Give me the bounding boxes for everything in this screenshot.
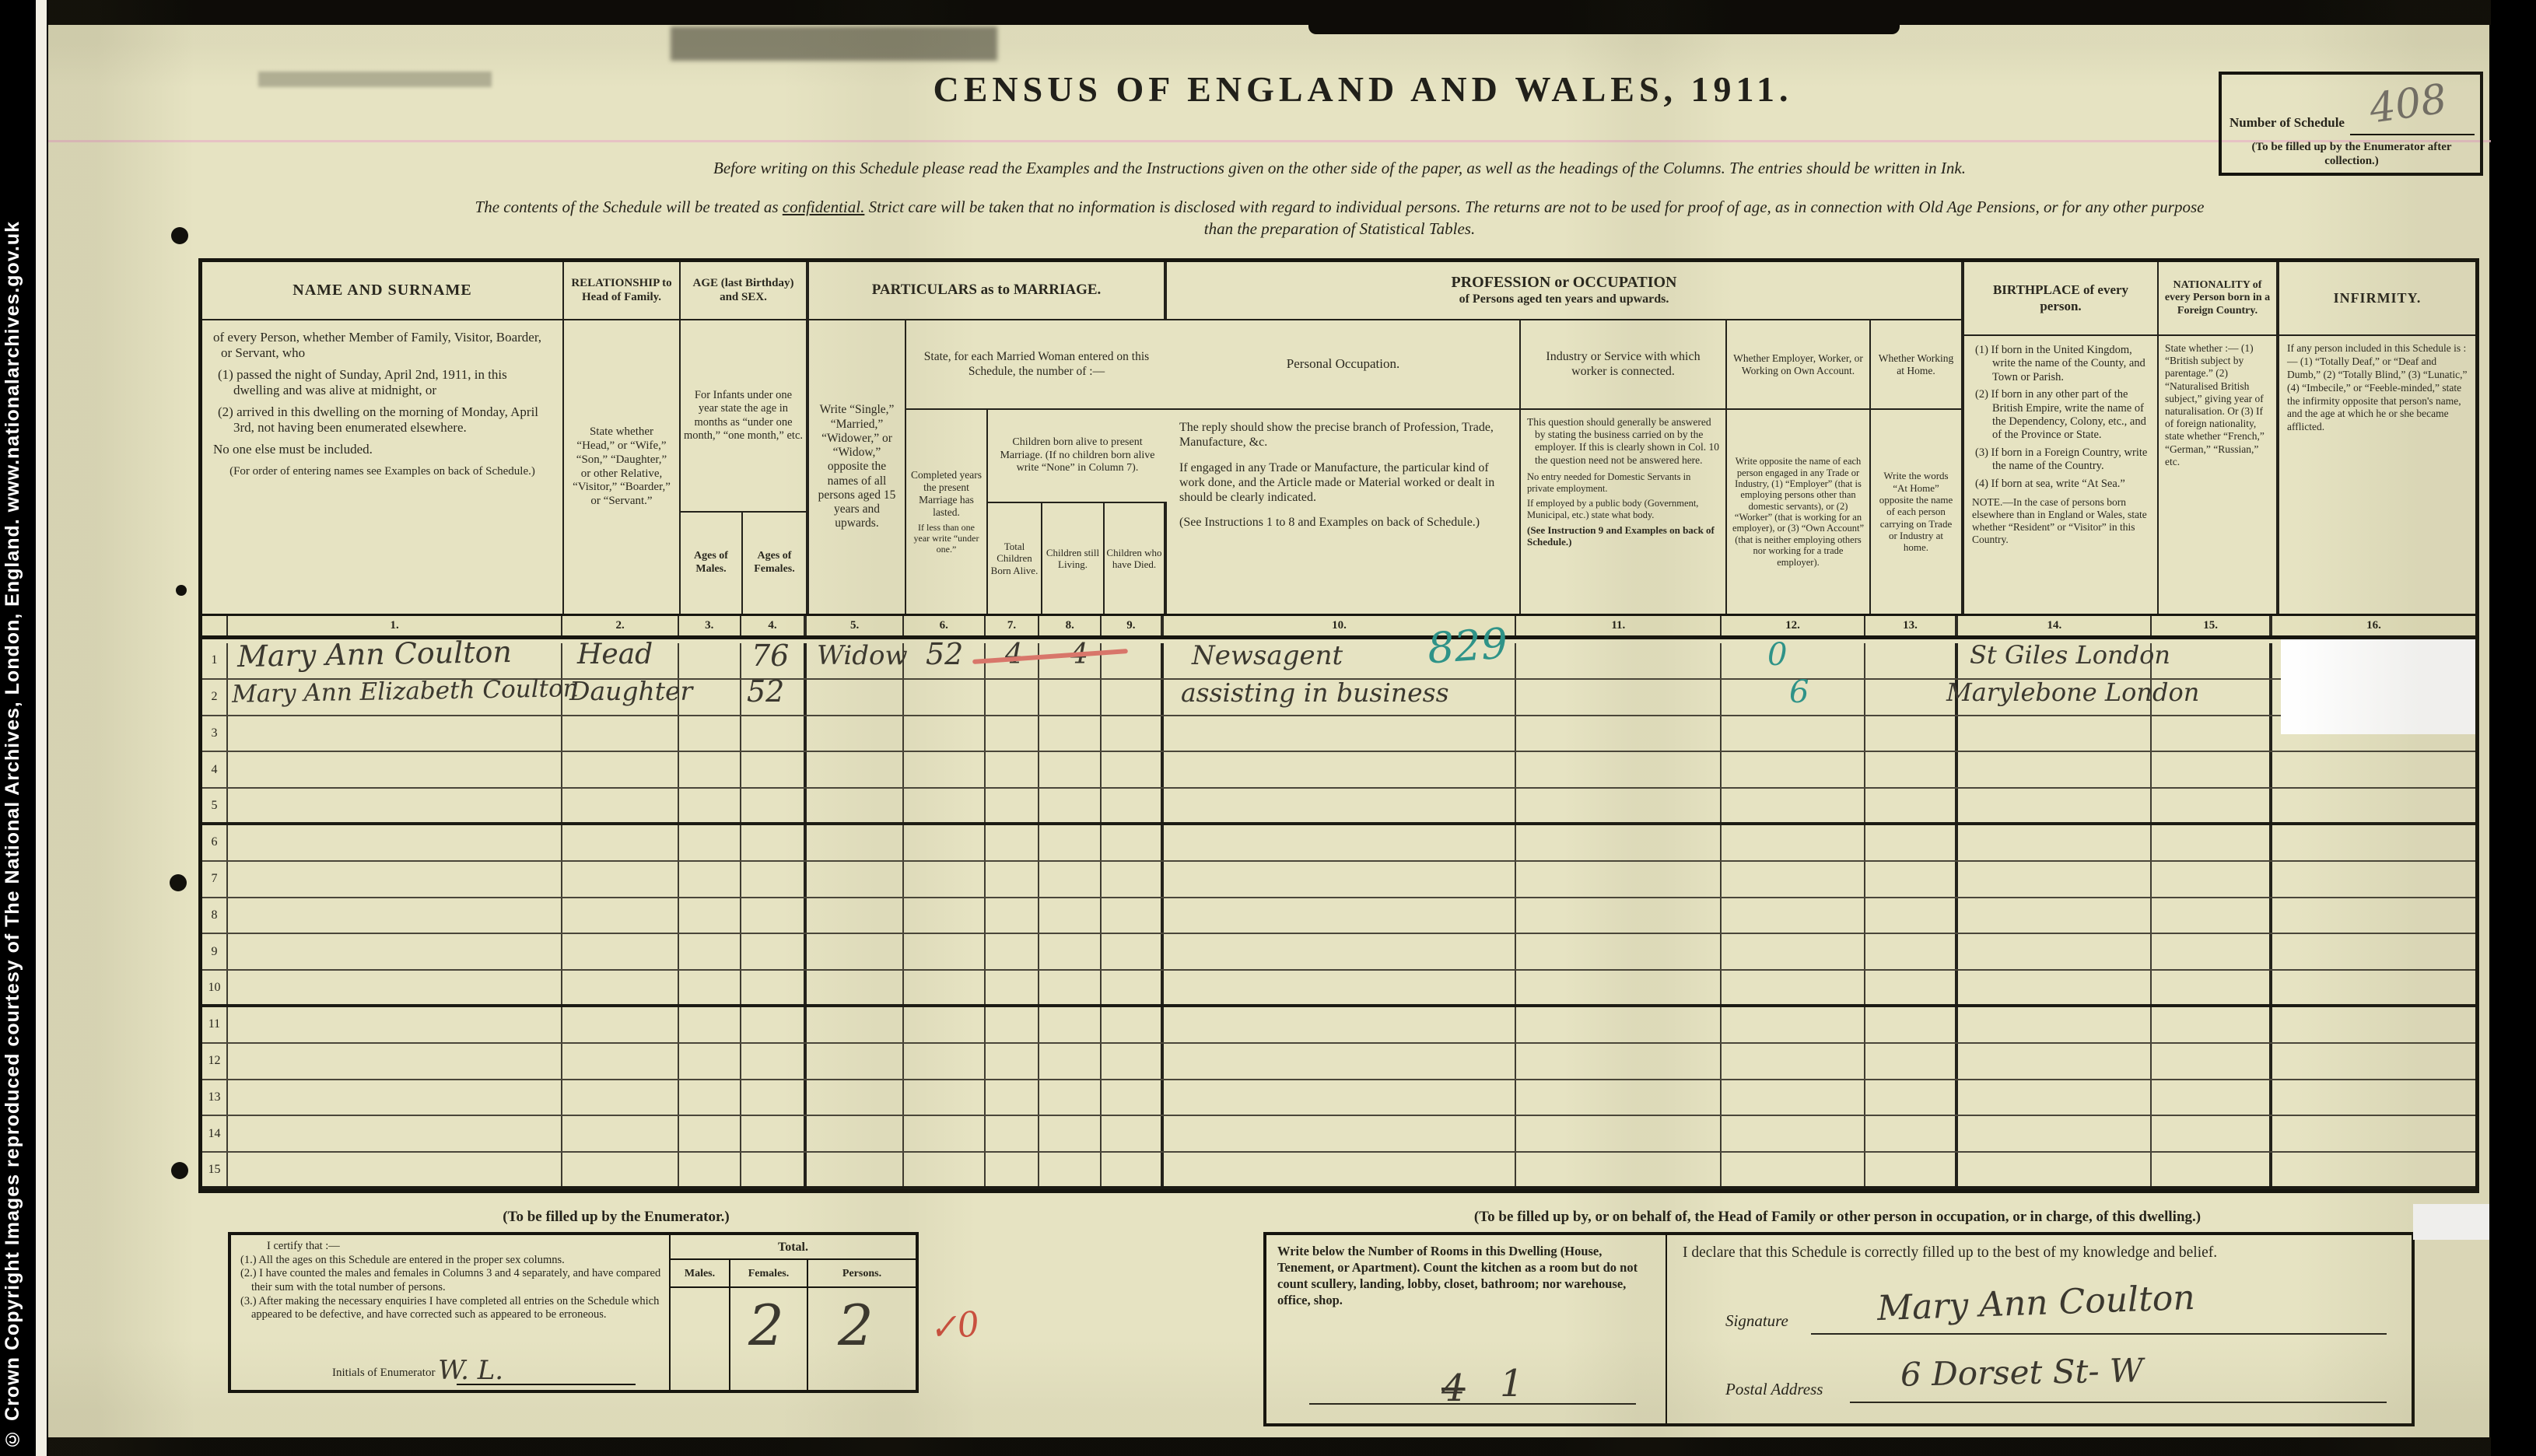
table-cell — [1516, 752, 1722, 787]
table-cell — [986, 898, 1040, 933]
table-cell — [679, 862, 741, 897]
table-cell — [562, 934, 678, 969]
name-desc-p4: No one else must be included. — [213, 442, 552, 457]
table-cell — [807, 825, 904, 860]
table-cell — [1722, 1116, 1865, 1151]
schedule-number-line — [2350, 134, 2475, 135]
white-gutter — [36, 0, 47, 1456]
table-cell — [2272, 1007, 2475, 1042]
table-cell — [1865, 1153, 1959, 1186]
redaction-patch — [2281, 639, 2475, 734]
table-cell — [1102, 1080, 1164, 1115]
table-cell — [807, 1153, 904, 1186]
table-cell — [2152, 971, 2272, 1004]
table-cell — [1039, 1007, 1102, 1042]
table-cell — [228, 971, 563, 1004]
table-cell — [1164, 971, 1516, 1004]
table-cell — [1516, 971, 1722, 1004]
table-cell — [228, 680, 563, 715]
column-number: 15. — [2152, 616, 2272, 635]
col-employer-head-text: Whether Employer, Worker, or Working on … — [1733, 352, 1863, 377]
table-cell — [1722, 862, 1865, 897]
torn-top-edge-2 — [1308, 22, 1900, 34]
table-cell — [1039, 643, 1102, 678]
rooms-underline — [1309, 1403, 1636, 1405]
table-cell — [1516, 680, 1722, 715]
table-cell — [1039, 825, 1102, 860]
row-number-cell: 6 — [202, 825, 228, 860]
table-cell — [679, 1007, 741, 1042]
col-industry-desc: This question should generally be answer… — [1521, 410, 1727, 614]
table-cell — [1865, 1080, 1959, 1115]
col-age-males: Ages of Males. — [681, 511, 743, 614]
col-age-desc: For Infants under one year state the age… — [681, 320, 809, 511]
occupation-desc-p1: The reply should show the precise branch… — [1179, 421, 1507, 450]
table-cell — [1102, 1116, 1164, 1151]
table-cell — [1958, 789, 2152, 822]
table-cell — [807, 752, 904, 787]
column-number: 5. — [807, 616, 904, 635]
table-cell — [1958, 643, 2152, 678]
name-desc-p2: (1) passed the night of Sunday, April 2n… — [213, 367, 552, 398]
row-number-cell: 10 — [202, 971, 228, 1004]
signature-label: Signature — [1725, 1311, 1788, 1331]
table-cell — [807, 862, 904, 897]
initials-row: Initials of Enumerator W. L. — [332, 1352, 503, 1384]
table-cell — [1102, 825, 1164, 860]
ink-smudge-2 — [258, 72, 492, 87]
col-children-died: Children who have Died. — [1105, 503, 1167, 614]
table-cell — [1865, 680, 1959, 715]
table-row: 12 — [202, 1044, 2475, 1080]
table-row: 5 — [202, 789, 2475, 825]
col-infirmity-desc: If any person included in this Schedule … — [2279, 336, 2475, 614]
table-cell — [807, 716, 904, 751]
persons-label: Persons. — [808, 1260, 916, 1288]
table-cell — [986, 934, 1040, 969]
table-cell — [679, 1044, 741, 1079]
schedule-number-label: Number of Schedule — [2230, 115, 2345, 131]
table-cell — [1958, 934, 2152, 969]
confidential-tail: than the preparation of Statistical Tabl… — [1204, 219, 1475, 238]
birthplace-i3: (3) If born in a Foreign Country, write … — [1972, 446, 2149, 474]
row-number-cell: 15 — [202, 1153, 228, 1186]
group-marriage-title: PARTICULARS as to MARRIAGE. — [809, 262, 1167, 320]
table-cell — [1722, 752, 1865, 787]
table-cell — [1039, 716, 1102, 751]
table-cell — [228, 1007, 563, 1042]
row-number-cell: 5 — [202, 789, 228, 822]
column-number: 1. — [228, 616, 563, 635]
table-cell — [1102, 680, 1164, 715]
col-name-title-text: NAME AND SURNAME — [292, 282, 471, 300]
table-cell — [741, 643, 807, 678]
table-cell — [2272, 862, 2475, 897]
table-cell — [228, 789, 563, 822]
table-cell — [904, 1007, 986, 1042]
table-row: 2 — [202, 680, 2475, 716]
table-cell — [562, 1153, 678, 1186]
col-age-title: AGE (last Birthday) and SEX. — [681, 262, 809, 320]
rooms-value: 1 — [1500, 1360, 1524, 1408]
table-cell — [1039, 1116, 1102, 1151]
cert-1: (1.) All the ages on this Schedule are e… — [239, 1254, 661, 1268]
table-cell — [1865, 789, 1959, 822]
table-cell — [228, 825, 563, 860]
table-cell — [986, 971, 1040, 1004]
heading-white-patch — [2413, 1204, 2489, 1240]
table-row: 6 — [202, 825, 2475, 862]
col-relationship-title-text: RELATIONSHIP to Head of Family. — [569, 277, 674, 304]
table-cell — [228, 643, 563, 678]
confidential-post: Strict care will be taken that no inform… — [864, 198, 2204, 216]
table-cell — [679, 825, 741, 860]
table-cell — [904, 1080, 986, 1115]
col-relationship-desc: State whether “Head,” or “Wife,” “Son,” … — [564, 320, 681, 614]
table-cell — [741, 898, 807, 933]
col-relationship-desc-text: State whether “Head,” or “Wife,” “Son,” … — [570, 425, 673, 508]
row-number-cell: 8 — [202, 898, 228, 933]
table-cell — [986, 1080, 1040, 1115]
row-number-cell: 11 — [202, 1007, 228, 1042]
col-relationship-title: RELATIONSHIP to Head of Family. — [564, 262, 681, 320]
table-cell — [562, 1007, 678, 1042]
table-cell — [2272, 1044, 2475, 1079]
table-cell — [986, 680, 1040, 715]
children-head-text: Children born alive to present Marriage.… — [994, 436, 1161, 475]
row-number-cell: 4 — [202, 752, 228, 787]
table-cell — [1102, 898, 1164, 933]
table-cell — [741, 862, 807, 897]
table-cell — [1865, 825, 1959, 860]
confidential-pre: The contents of the Schedule will be tre… — [475, 198, 783, 216]
table-cell — [679, 643, 741, 678]
column-number: 9. — [1102, 616, 1164, 635]
industry-desc-p4: (See Instruction 9 and Examples on back … — [1527, 524, 1719, 548]
table-cell — [1958, 1080, 2152, 1115]
table-cell — [1102, 789, 1164, 822]
table-cell — [679, 1153, 741, 1186]
col-athome-desc-text: Write the words “At Home” opposite the n… — [1877, 470, 1955, 553]
table-cell — [1516, 825, 1722, 860]
table-cell — [1865, 1116, 1959, 1151]
table-cell — [2272, 789, 2475, 822]
table-cell — [1164, 1116, 1516, 1151]
table-cell — [228, 1116, 563, 1151]
col-children-living: Children still Living. — [1042, 503, 1105, 614]
table-cell — [1865, 862, 1959, 897]
signature-underline — [1811, 1333, 2387, 1335]
table-cell — [807, 1044, 904, 1079]
table-cell — [1516, 643, 1722, 678]
rooms-crossed-value: 4 — [1441, 1365, 1466, 1412]
table-cell — [904, 716, 986, 751]
column-number: 8. — [1039, 616, 1102, 635]
married-woman-head-text: State, for each Married Woman entered on… — [914, 350, 1159, 379]
ink-smudge — [671, 26, 997, 61]
punch-hole — [171, 1162, 188, 1179]
column-number: 14. — [1958, 616, 2152, 635]
col-children-living-text: Children still Living. — [1044, 547, 1102, 571]
table-cell — [1865, 643, 1959, 678]
col-employer-head: Whether Employer, Worker, or Working on … — [1727, 320, 1871, 410]
table-cell — [2152, 789, 2272, 822]
table-cell — [1865, 716, 1959, 751]
occupation-desc-p2: If engaged in any Trade or Manufacture, … — [1179, 461, 1507, 506]
cert-3: (3.) After making the necessary enquirie… — [239, 1295, 661, 1322]
col-age-females-text: Ages of Females. — [743, 550, 806, 576]
table-cell — [1102, 643, 1164, 678]
table-cell — [904, 898, 986, 933]
table-cell — [679, 1116, 741, 1151]
table-cell — [741, 1116, 807, 1151]
table-body: 123456789101112131415 — [202, 643, 2475, 1189]
table-cell — [807, 1116, 904, 1151]
table-cell — [562, 789, 678, 822]
table-cell — [562, 971, 678, 1004]
table-cell — [741, 1044, 807, 1079]
table-cell — [1958, 1007, 2152, 1042]
females-total: 2 — [748, 1293, 784, 1358]
table-cell — [807, 898, 904, 933]
table-cell — [1958, 825, 2152, 860]
census-table: NAME AND SURNAME RELATIONSHIP to Head of… — [198, 258, 2479, 1193]
table-cell — [741, 971, 807, 1004]
birthplace-i4: (4) If born at sea, write “At Sea.” — [1972, 478, 2149, 491]
table-cell — [1039, 789, 1102, 822]
enumerator-check-mark: ✓0 — [927, 1304, 982, 1349]
table-cell — [2152, 898, 2272, 933]
totals-divider-2 — [807, 1288, 808, 1390]
address-label: Postal Address — [1725, 1380, 1823, 1399]
col-birthplace-title: BIRTHPLACE of every person. — [1964, 262, 2159, 336]
column-number: 11. — [1516, 616, 1722, 635]
table-cell — [1516, 1080, 1722, 1115]
table-cell — [1164, 1007, 1516, 1042]
table-cell — [2152, 1080, 2272, 1115]
column-number: 3. — [679, 616, 741, 635]
copyright-text: © Crown Copyright Images reproduced cour… — [2, 221, 24, 1450]
table-cell — [2152, 716, 2272, 751]
col-birthplace-desc: (1) If born in the United Kingdom, write… — [1964, 336, 2159, 614]
row-number-cell: 3 — [202, 716, 228, 751]
table-cell — [904, 789, 986, 822]
table-cell — [904, 971, 986, 1004]
table-cell — [228, 716, 563, 751]
enumerator-heading: (To be filled up by the Enumerator.) — [344, 1209, 888, 1226]
table-cell — [904, 862, 986, 897]
table-cell — [679, 1080, 741, 1115]
table-cell — [2152, 825, 2272, 860]
table-cell — [986, 1153, 1040, 1186]
table-cell — [986, 752, 1040, 787]
table-cell — [741, 1153, 807, 1186]
birthplace-note: NOTE.—In the case of persons born elsewh… — [1972, 496, 2149, 547]
table-cell — [1164, 934, 1516, 969]
name-desc-p1: of every Person, whether Member of Famil… — [213, 330, 552, 361]
table-cell — [2152, 1116, 2272, 1151]
table-cell — [679, 680, 741, 715]
table-cell — [1039, 1044, 1102, 1079]
table-cell — [2152, 752, 2272, 787]
table-cell — [1516, 716, 1722, 751]
name-desc-p5: (For order of entering names see Example… — [213, 465, 552, 479]
table-cell — [807, 971, 904, 1004]
occupation-desc-p3: (See Instructions 1 to 8 and Examples on… — [1179, 516, 1507, 530]
initials-value: W. L. — [438, 1355, 503, 1386]
col-age-females: Ages of Females. — [743, 511, 809, 614]
punch-hole — [176, 585, 187, 596]
column-number: 10. — [1164, 616, 1516, 635]
table-cell — [741, 934, 807, 969]
schedule-note: (To be filled up by the Enumerator after… — [2226, 140, 2477, 168]
householder-heading: (To be filled up by, or on behalf of, th… — [1262, 1209, 2413, 1226]
table-cell — [1039, 680, 1102, 715]
table-cell — [228, 1080, 563, 1115]
married-woman-head: State, for each Married Woman entered on… — [906, 320, 1167, 410]
col-name-desc: of every Person, whether Member of Famil… — [202, 320, 564, 614]
table-cell — [228, 934, 563, 969]
table-cell — [807, 789, 904, 822]
table-cell — [1102, 752, 1164, 787]
table-row: 3 — [202, 716, 2475, 753]
cert-intro: I certify that :— — [239, 1240, 661, 1254]
table-cell — [1865, 752, 1959, 787]
table-cell — [1039, 752, 1102, 787]
table-cell — [741, 789, 807, 822]
table-cell — [741, 825, 807, 860]
table-cell — [228, 1044, 563, 1079]
table-cell — [1516, 789, 1722, 822]
address-underline — [1850, 1402, 2387, 1403]
column-number: 13. — [1865, 616, 1959, 635]
census-form-paper: CENSUS OF ENGLAND AND WALES, 1911. Befor… — [48, 0, 2491, 1456]
table-cell — [741, 1007, 807, 1042]
col-children-died-text: Children who have Died. — [1106, 547, 1162, 571]
table-cell — [1164, 789, 1516, 822]
totals-divider-1 — [729, 1288, 730, 1390]
table-row: 11 — [202, 1007, 2475, 1044]
col-occupation-head: Personal Occupation. — [1167, 320, 1521, 410]
table-cell — [228, 752, 563, 787]
table-cell — [1102, 1153, 1164, 1186]
table-cell — [562, 825, 678, 860]
col-age-males-text: Ages of Males. — [681, 550, 741, 576]
table-cell — [562, 643, 678, 678]
col-industry-head: Industry or Service with which worker is… — [1521, 320, 1727, 410]
table-cell — [807, 643, 904, 678]
table-cell — [1722, 716, 1865, 751]
col-industry-head-text: Industry or Service with which worker is… — [1530, 350, 1716, 380]
table-cell — [1958, 898, 2152, 933]
table-cell — [1722, 680, 1865, 715]
page-title: CENSUS OF ENGLAND AND WALES, 1911. — [702, 68, 2024, 110]
col-athome-desc: Write the words “At Home” opposite the n… — [1871, 410, 1964, 614]
table-cell — [1164, 1044, 1516, 1079]
table-cell — [807, 934, 904, 969]
col-age-title-text: AGE (last Birthday) and SEX. — [685, 277, 801, 304]
table-cell — [2272, 825, 2475, 860]
table-cell — [1039, 971, 1102, 1004]
table-cell — [1102, 716, 1164, 751]
table-cell — [228, 862, 563, 897]
table-cell — [904, 752, 986, 787]
table-cell — [1722, 825, 1865, 860]
table-cell — [1102, 862, 1164, 897]
table-cell — [1516, 898, 1722, 933]
table-cell — [1865, 1007, 1959, 1042]
col-nationality-title-text: NATIONALITY of every Person born in a Fo… — [2162, 279, 2273, 318]
cert-2: (2.) I have counted the males and female… — [239, 1267, 661, 1294]
table-cell — [1722, 934, 1865, 969]
table-cell — [1164, 898, 1516, 933]
table-cell — [1958, 862, 2152, 897]
table-cell — [679, 971, 741, 1004]
table-cell — [2272, 1080, 2475, 1115]
table-cell — [2272, 752, 2475, 787]
table-cell — [1039, 1153, 1102, 1186]
col-nationality-title: NATIONALITY of every Person born in a Fo… — [2159, 262, 2279, 336]
rooms-cell: Write below the Number of Rooms in this … — [1266, 1235, 1667, 1423]
group-profession-line2: of Persons aged ten years and upwards. — [1459, 292, 1669, 307]
table-cell — [2152, 1007, 2272, 1042]
confidential-paragraph: The contents of the Schedule will be tre… — [219, 196, 2460, 240]
table-cell — [1164, 680, 1516, 715]
industry-desc-p2: No entry needed for Domestic Servants in… — [1527, 471, 1719, 495]
table-cell — [986, 643, 1040, 678]
col-infirmity-desc-text: If any person included in this Schedule … — [2287, 342, 2467, 432]
table-cell — [741, 752, 807, 787]
table-cell — [562, 716, 678, 751]
table-cell — [741, 680, 807, 715]
col-occupation-desc: The reply should show the precise branch… — [1167, 410, 1521, 614]
table-row: 4 — [202, 752, 2475, 789]
table-cell — [1865, 971, 1959, 1004]
col-infirmity-title-text: INFIRMITY. — [2334, 290, 2422, 306]
column-number: 4. — [741, 616, 807, 635]
table-row: 1 — [202, 643, 2475, 680]
table-row: 13 — [202, 1080, 2475, 1117]
years-married-desc2: If less than one year write “under one.” — [909, 522, 983, 555]
table-cell — [807, 680, 904, 715]
table-row: 7 — [202, 862, 2475, 898]
birthplace-i2: (2) If born in any other part of the Bri… — [1972, 388, 2149, 443]
col-infirmity-title: INFIRMITY. — [2279, 262, 2475, 336]
table-cell — [1039, 862, 1102, 897]
row-number-cell: 1 — [202, 643, 228, 678]
column-number: 16. — [2272, 616, 2475, 635]
census-scan-page: { "copyright_strip": "© Crown Copyright … — [0, 0, 2536, 1456]
table-cell — [1516, 862, 1722, 897]
table-cell — [2272, 1116, 2475, 1151]
totals-title: Total. — [671, 1235, 916, 1260]
name-desc-p3: (2) arrived in this dwelling on the morn… — [213, 404, 552, 436]
column-number: 2. — [562, 616, 678, 635]
right-scan-edge — [2489, 0, 2491, 1456]
table-cell — [1958, 1116, 2152, 1151]
table-cell — [2152, 862, 2272, 897]
table-cell — [904, 934, 986, 969]
industry-desc-p1: This question should generally be answer… — [1527, 416, 1719, 467]
table-cell — [1516, 1044, 1722, 1079]
table-cell — [1102, 934, 1164, 969]
table-cell — [986, 862, 1040, 897]
bottom-scan-edge — [48, 1437, 2491, 1456]
table-cell — [2152, 1153, 2272, 1186]
table-cell — [679, 716, 741, 751]
col-nationality-desc: State whether :— (1) “British subject by… — [2159, 336, 2279, 614]
table-cell — [2152, 934, 2272, 969]
